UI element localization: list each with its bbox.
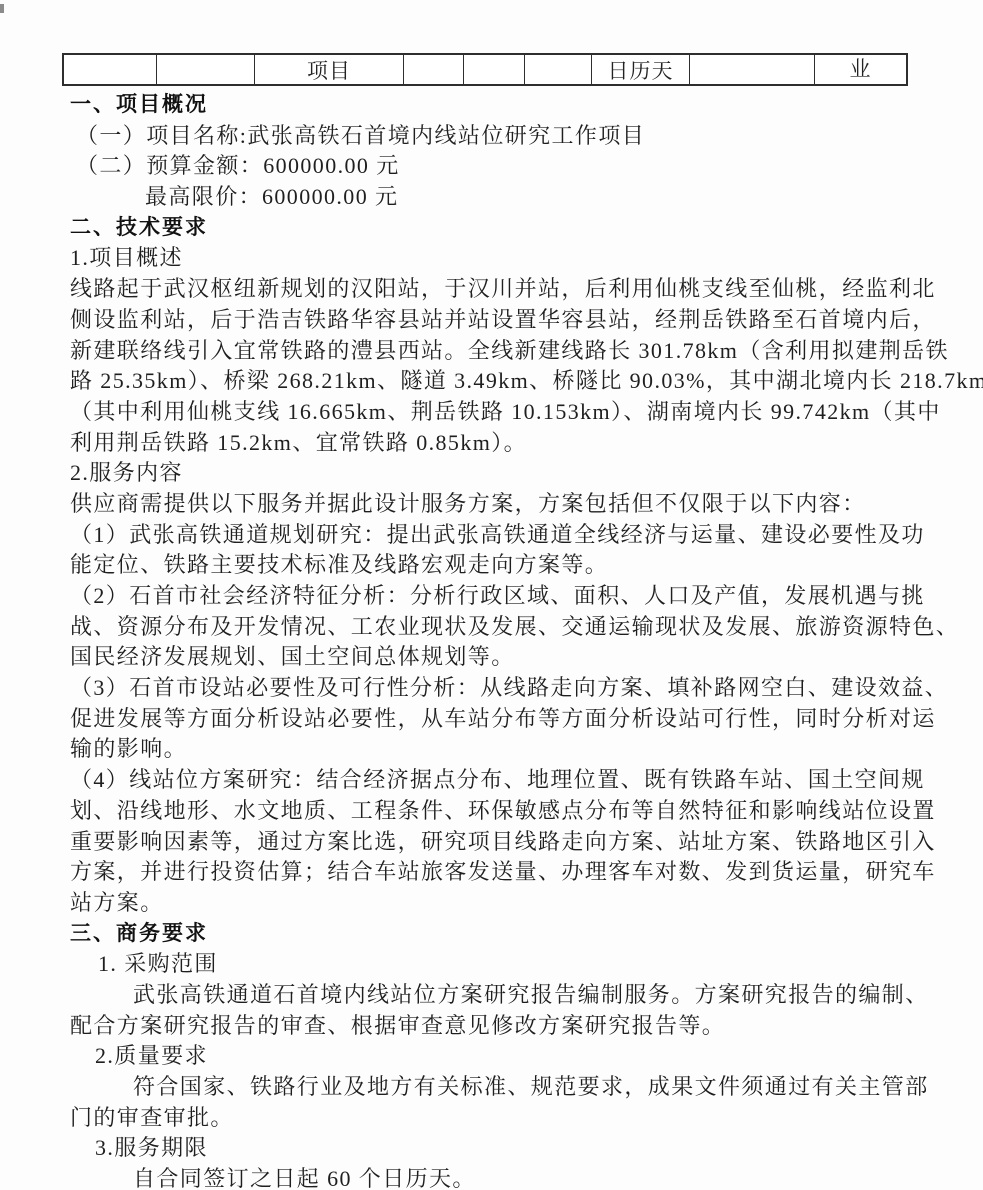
doc-line: 供应商需提供以下服务并据此设计服务方案，方案包括但不仅限于以下内容： [70,489,965,520]
doc-line: （1）武张高铁通道规划研究：提出武张高铁通道全线经济与运量、建设必要性及功 [70,520,965,551]
doc-line: 能定位、铁路主要技术标准及线路宏观走向方案等。 [70,550,965,581]
doc-line: 符合国家、铁路行业及地方有关标准、规范要求，成果文件须通过有关主管部 [133,1072,965,1103]
section-heading-project-overview: 一、项目概况 [70,90,965,121]
subheading-service-content: 2.服务内容 [70,458,965,489]
scan-artifact [0,4,4,13]
doc-line: 武张高铁通道石首境内线站位方案研究报告编制服务。方案研究报告的编制、 [133,980,965,1011]
section-heading-business-requirements: 三、商务要求 [70,919,965,950]
doc-line: （2）石首市社会经济特征分析：分析行政区域、面积、人口及产值，发展机遇与挑 [70,581,965,612]
subheading-service-period: 3.服务期限 [95,1133,965,1164]
doc-line: 路 25.35km）、桥梁 268.21km、隧道 3.49km、桥隧比 90.… [70,366,965,397]
doc-line: （4）线站位方案研究：结合经济据点分布、地理位置、既有铁路车站、国土空间规 [70,765,965,796]
doc-line: 战、资源分布及开发情况、工农业现状及发展、交通运输现状及发展、旅游资源特色、 [70,612,965,643]
doc-line: 促进发展等方面分析设站必要性，从车站分布等方面分析设站可行性，同时分析对运 [70,704,965,735]
table-cell [404,55,464,84]
table-cell-text-underlined: 业 [847,55,875,84]
service-period-value-line: 自合同签订之日起 60 个日历天。 [133,1164,965,1190]
header-table-fragment: 项目 日历天 业 [62,53,908,86]
doc-line: 配合方案研究报告的审查、根据审查意见修改方案研究报告等。 [70,1011,965,1042]
subheading-project-description: 1.项目概述 [70,243,965,274]
table-cell-project: 项目 [255,55,404,84]
doc-line: 门的审查审批。 [70,1103,965,1134]
table-cell-ye: 业 [815,55,906,84]
table-cell [525,55,592,84]
table-cell [690,55,815,84]
table-cell-text: 日历天 [608,55,674,84]
doc-line: 输的影响。 [70,734,965,765]
budget-amount-line: （二）预算金额：600000.00 元 [76,151,965,182]
doc-line: 国民经济发展规划、国土空间总体规划等。 [70,642,965,673]
doc-line: 利用荆岳铁路 15.2km、宜常铁路 0.85km）。 [70,428,965,459]
doc-line: 新建联络线引入宜常铁路的澧县西站。全线新建线路长 301.78km（含利用拟建荆… [70,336,965,367]
doc-line: 方案，并进行投资估算；结合车站旅客发送量、办理客车对数、发到货运量，研究车 [70,857,965,888]
doc-line: （3）石首市设站必要性及可行性分析：从线路走向方案、填补路网空白、建设效益、 [70,673,965,704]
doc-line: 站方案。 [70,888,965,919]
doc-line: 线路起于武汉枢纽新规划的汉阳站，于汉川并站，后利用仙桃支线至仙桃，经监利北 [70,274,965,305]
subheading-quality-requirements: 2.质量要求 [95,1041,965,1072]
table-cell-calendar-days: 日历天 [592,55,690,84]
table-cell-text: 项目 [307,55,351,84]
max-price-line: 最高限价：600000.00 元 [145,182,965,213]
doc-line: 侧设监利站，后于浩吉铁路华容县站并站设置华容县站，经荆岳铁路至石首境内后， [70,305,965,336]
subheading-procurement-scope: 1. 采购范围 [98,949,965,980]
doc-line: 划、沿线地形、水文地质、工程条件、环保敏感点分布等自然特征和影响线站位设置 [70,796,965,827]
table-cell [464,55,525,84]
doc-line: 重要影响因素等，通过方案比选，研究项目线路走向方案、站址方案、铁路地区引入 [70,827,965,858]
section-heading-technical-requirements: 二、技术要求 [70,213,965,244]
project-name-line: （一）项目名称:武张高铁石首境内线站位研究工作项目 [76,121,965,152]
table-cell [64,55,157,84]
document-body: 一、项目概况 （一）项目名称:武张高铁石首境内线站位研究工作项目 （二）预算金额… [70,90,965,1190]
doc-line: （其中利用仙桃支线 16.665km、荆岳铁路 10.153km）、湖南境内长 … [70,397,965,428]
table-cell [157,55,255,84]
